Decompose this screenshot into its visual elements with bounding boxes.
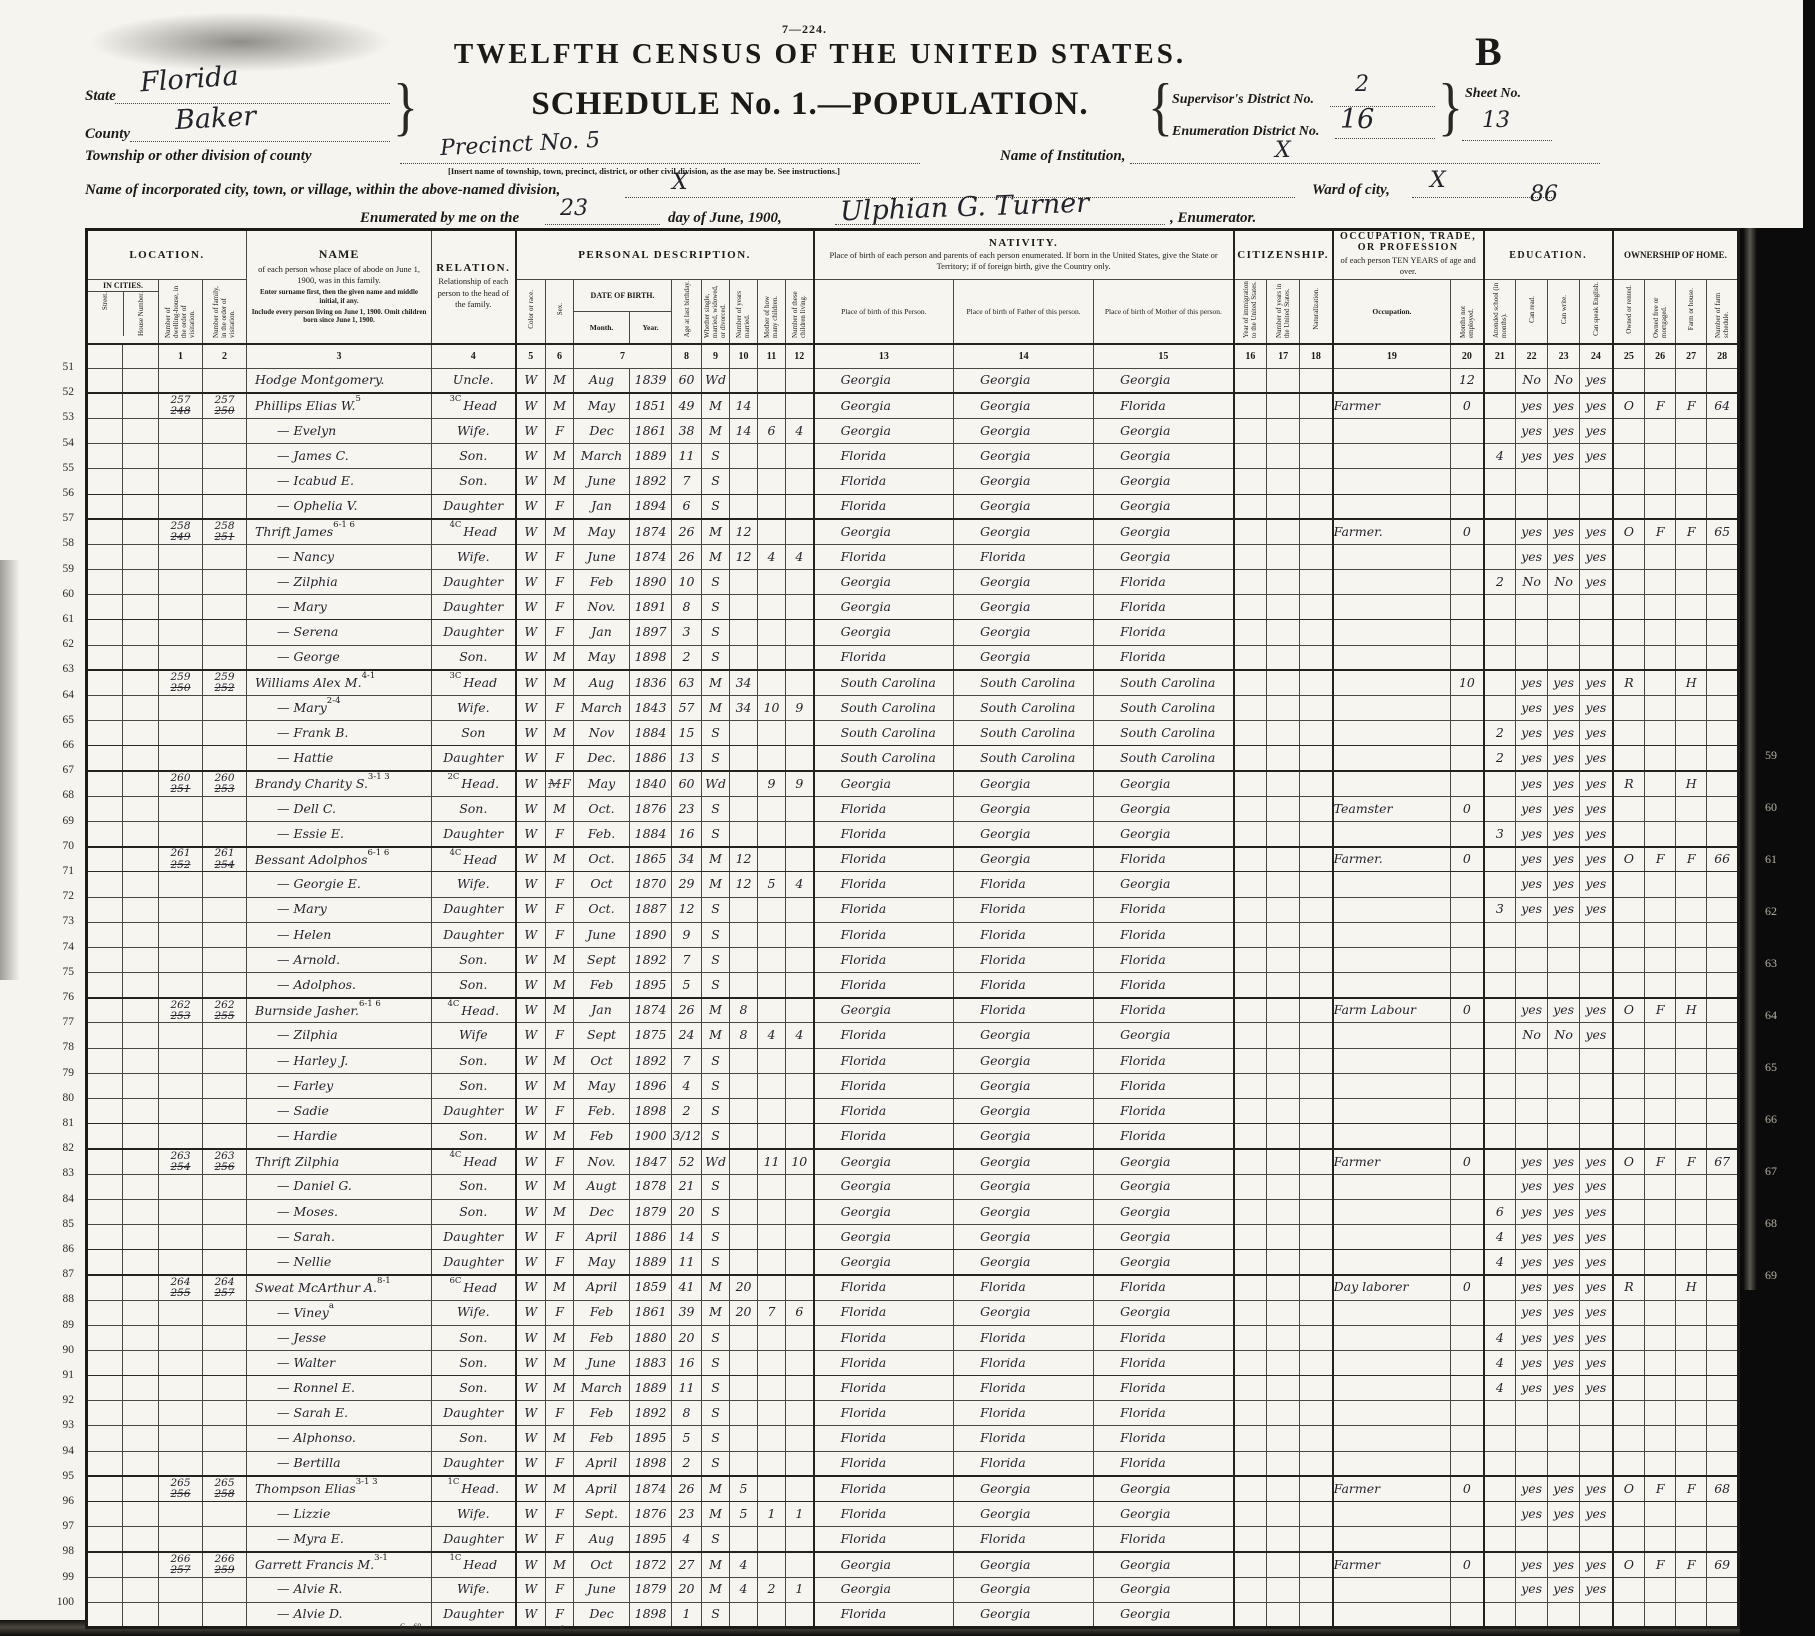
cell-d1 xyxy=(159,1048,203,1073)
cell-pf: Florida xyxy=(954,947,1094,972)
cell-nat xyxy=(1300,1577,1333,1602)
cell-liv: 4 xyxy=(786,418,814,443)
cell-ym: 8 xyxy=(730,1023,758,1048)
gutter-row-number: 98 xyxy=(18,1545,74,1557)
cell-pm: South Carolina xyxy=(1094,670,1234,695)
cell-pb: Georgia xyxy=(814,1250,954,1275)
cell-y: 1895 xyxy=(630,1527,672,1552)
cell-fs xyxy=(1707,998,1739,1023)
cell-fm xyxy=(1645,696,1676,721)
cell-s: M xyxy=(546,721,574,746)
cell-d1 xyxy=(159,1602,203,1627)
table-row: — Ronnel E.Son.WMMarch188911SFloridaFlor… xyxy=(87,1376,1739,1401)
cell-pf: Georgia xyxy=(954,796,1094,821)
table-row: — FarleySon.WMMay18964SFloridaGeorgiaFlo… xyxy=(87,1073,1739,1098)
cell-liv xyxy=(786,620,814,645)
cell-d1 xyxy=(159,872,203,897)
cell-y: 1874 xyxy=(630,544,672,569)
cell-ym: 34 xyxy=(730,670,758,695)
cell-ym xyxy=(730,1426,758,1451)
cell-imm xyxy=(1234,1376,1267,1401)
cell-en xyxy=(1580,1527,1613,1552)
cell-rd: yes xyxy=(1516,696,1548,721)
cell-y: 1889 xyxy=(630,1250,672,1275)
gutter-row-number: 99 xyxy=(18,1571,74,1583)
gutter-row-number: 74 xyxy=(18,941,74,953)
cell-blank xyxy=(123,368,159,393)
cell-d1 xyxy=(159,1376,203,1401)
cell-own xyxy=(1613,1099,1645,1124)
page-letter: B xyxy=(1475,28,1502,75)
cell-rel: Son. xyxy=(432,1174,516,1199)
cell-en: yes xyxy=(1580,998,1613,1023)
cell-d2 xyxy=(203,444,247,469)
cell-moc xyxy=(758,1199,786,1224)
cell-blank xyxy=(123,947,159,972)
cell-occ xyxy=(1333,469,1451,494)
cell-moc xyxy=(758,1099,786,1124)
cell-rel: 3CHead xyxy=(432,670,516,695)
cell-fs xyxy=(1707,897,1739,922)
gutter-row-number: 62 xyxy=(18,638,74,650)
census-title: TWELFTH CENSUS OF THE UNITED STATES. xyxy=(0,38,1640,71)
cell-s: M xyxy=(546,1124,574,1149)
cell-rel: Son. xyxy=(432,1350,516,1375)
cell-y: 1876 xyxy=(630,796,672,821)
cell-yus xyxy=(1267,1502,1300,1527)
cell-mne xyxy=(1451,1250,1484,1275)
cell-sch xyxy=(1484,1426,1516,1451)
cell-sch xyxy=(1484,1099,1516,1124)
cell-mar: M xyxy=(702,872,730,897)
cell-blank xyxy=(87,696,123,721)
cell-nat xyxy=(1300,922,1333,947)
col-pob-person: Place of birth of this Person. xyxy=(814,280,954,345)
cell-blank xyxy=(87,1023,123,1048)
cell-en: yes xyxy=(1580,1502,1613,1527)
cell-rel: Son. xyxy=(432,1048,516,1073)
cell-m: May xyxy=(574,645,630,670)
cell-y: 1870 xyxy=(630,872,672,897)
cell-mar: Wd xyxy=(702,771,730,796)
cell-yus xyxy=(1267,494,1300,519)
gutter-row-number: 57 xyxy=(18,512,74,524)
cell-mne: 0 xyxy=(1451,519,1484,544)
cell-y: 1840 xyxy=(630,771,672,796)
cell-m: Oct. xyxy=(574,847,630,872)
cell-ym xyxy=(730,1048,758,1073)
cell-pf: Georgia xyxy=(954,1124,1094,1149)
cell-blank xyxy=(123,595,159,620)
cell-pm: Florida xyxy=(1094,1124,1234,1149)
cell-rd: yes xyxy=(1516,821,1548,846)
cell-moc xyxy=(758,670,786,695)
cell-yus xyxy=(1267,947,1300,972)
cell-blank xyxy=(87,1552,123,1577)
cell-mar: M xyxy=(702,847,730,872)
cell-d1 xyxy=(159,897,203,922)
cell-y: 1898 xyxy=(630,1451,672,1476)
cell-liv xyxy=(786,1124,814,1149)
cell-blank xyxy=(123,1552,159,1577)
cell-mne xyxy=(1451,973,1484,998)
cell-ym xyxy=(730,1073,758,1098)
section-citizenship: CITIZENSHIP. xyxy=(1234,230,1333,280)
cell-blank xyxy=(123,922,159,947)
cell-pb: Georgia xyxy=(814,998,954,1023)
cell-m: Oct. xyxy=(574,796,630,821)
cell-wr: yes xyxy=(1548,771,1580,796)
cell-name: — Ophelia V. xyxy=(247,494,432,519)
cell-fs xyxy=(1707,469,1739,494)
cell-blank xyxy=(87,1401,123,1426)
cell-pb: Florida xyxy=(814,1476,954,1501)
cell-fm xyxy=(1645,872,1676,897)
cell-fm xyxy=(1645,444,1676,469)
cell-c: W xyxy=(516,595,546,620)
cell-liv xyxy=(786,1099,814,1124)
cell-name: — Nellie xyxy=(247,1250,432,1275)
cell-en: yes xyxy=(1580,1350,1613,1375)
cell-nat xyxy=(1300,570,1333,595)
gutter-row-number: 64 xyxy=(18,689,74,701)
cell-ym: 5 xyxy=(730,1502,758,1527)
cell-rel: Wife. xyxy=(432,1577,516,1602)
cell-wr: yes xyxy=(1548,847,1580,872)
cell-c: W xyxy=(516,1426,546,1451)
col-number-26: 26 xyxy=(1645,344,1676,368)
margin-row-number: 69 xyxy=(1765,1268,1777,1283)
cell-pm: South Carolina xyxy=(1094,696,1234,721)
cell-d2 xyxy=(203,1602,247,1627)
cell-fs xyxy=(1707,1426,1739,1451)
cell-fm xyxy=(1645,973,1676,998)
cell-ym: 4 xyxy=(730,1577,758,1602)
cell-y: 1874 xyxy=(630,998,672,1023)
cell-yus xyxy=(1267,418,1300,443)
cell-occ: Farmer xyxy=(1333,1552,1451,1577)
table-row: Hodge Montgomery.Uncle.WMAug183960WdGeor… xyxy=(87,368,1739,393)
cell-sch: 2 xyxy=(1484,721,1516,746)
cell-blank xyxy=(123,1325,159,1350)
cell-fs xyxy=(1707,1401,1739,1426)
cell-fm xyxy=(1645,368,1676,393)
cell-fm xyxy=(1645,1502,1676,1527)
cell-pf: Georgia xyxy=(954,595,1094,620)
cell-sch xyxy=(1484,922,1516,947)
cell-imm xyxy=(1234,670,1267,695)
cell-blank xyxy=(123,519,159,544)
col-children-living: Number of these children living. xyxy=(786,280,814,345)
cell-pm: Florida xyxy=(1094,1527,1234,1552)
cell-fs xyxy=(1707,645,1739,670)
cell-name: — Mary2-4 xyxy=(247,696,432,721)
cell-nat xyxy=(1300,1476,1333,1501)
city-value: X xyxy=(672,170,688,195)
cell-y: 1890 xyxy=(630,570,672,595)
cell-blank xyxy=(87,1300,123,1325)
cell-s: M xyxy=(546,1350,574,1375)
cell-pf: Georgia xyxy=(954,368,1094,393)
cell-name: Brandy Charity S.3-1 3 xyxy=(247,771,432,796)
cell-imm xyxy=(1234,1476,1267,1501)
cell-s: M xyxy=(546,796,574,821)
cell-rd xyxy=(1516,620,1548,645)
cell-age: 26 xyxy=(672,998,702,1023)
cell-liv xyxy=(786,1073,814,1098)
cell-pm: Georgia xyxy=(1094,368,1234,393)
cell-name: — Adolphos. xyxy=(247,973,432,998)
cell-sch xyxy=(1484,1124,1516,1149)
cell-y: 1872 xyxy=(630,1552,672,1577)
cell-d2 xyxy=(203,1199,247,1224)
cell-c: W xyxy=(516,444,546,469)
cell-d2 xyxy=(203,1099,247,1124)
cell-name: — Farley xyxy=(247,1073,432,1098)
cell-liv xyxy=(786,595,814,620)
cell-yus xyxy=(1267,544,1300,569)
cell-own xyxy=(1613,494,1645,519)
cell-nat xyxy=(1300,1426,1333,1451)
cell-liv: 10 xyxy=(786,1149,814,1174)
cell-fm xyxy=(1645,746,1676,771)
cell-own xyxy=(1613,922,1645,947)
cell-pb: Florida xyxy=(814,1350,954,1375)
cell-own xyxy=(1613,1124,1645,1149)
cell-d2 xyxy=(203,1224,247,1249)
table-row: — GeorgeSon.WMMay18982SFloridaGeorgiaFlo… xyxy=(87,645,1739,670)
cell-mne xyxy=(1451,1426,1484,1451)
cell-age: 8 xyxy=(672,1401,702,1426)
cell-wr xyxy=(1548,1401,1580,1426)
cell-fh: F xyxy=(1676,393,1707,418)
cell-fm xyxy=(1645,1224,1676,1249)
cell-y: 1886 xyxy=(630,746,672,771)
cell-fs xyxy=(1707,1502,1739,1527)
cell-rd: yes xyxy=(1516,796,1548,821)
cell-fm xyxy=(1645,1300,1676,1325)
cell-moc xyxy=(758,1073,786,1098)
cell-fm: F xyxy=(1645,998,1676,1023)
cell-occ xyxy=(1333,1325,1451,1350)
cell-mar: Wd xyxy=(702,1149,730,1174)
cell-pf: Florida xyxy=(954,1527,1094,1552)
col-number-4: 4 xyxy=(432,344,516,368)
table-row: — Adolphos.Son.WMFeb18955SFloridaFlorida… xyxy=(87,973,1739,998)
cell-occ xyxy=(1333,1602,1451,1627)
cell-pf: Georgia xyxy=(954,1224,1094,1249)
cell-own xyxy=(1613,1023,1645,1048)
cell-name: — George xyxy=(247,645,432,670)
cell-fs xyxy=(1707,922,1739,947)
gutter-row-number: 75 xyxy=(18,966,74,978)
cell-mne xyxy=(1451,570,1484,595)
cell-name: — Frank B. xyxy=(247,721,432,746)
cell-fs xyxy=(1707,1224,1739,1249)
cell-wr: yes xyxy=(1548,872,1580,897)
cell-pb: Florida xyxy=(814,872,954,897)
table-row: — Ophelia V.DaughterWFJan18946SFloridaGe… xyxy=(87,494,1739,519)
cell-s: F xyxy=(546,1401,574,1426)
cell-rel: Wife xyxy=(432,1023,516,1048)
cell-rel: Wife. xyxy=(432,544,516,569)
cell-d1 xyxy=(159,444,203,469)
cell-liv: 9 xyxy=(786,771,814,796)
cell-s: F xyxy=(546,821,574,846)
cell-fh xyxy=(1676,544,1707,569)
cell-en: yes xyxy=(1580,1149,1613,1174)
cell-fh xyxy=(1676,1174,1707,1199)
cell-fm xyxy=(1645,821,1676,846)
cell-fh xyxy=(1676,1325,1707,1350)
cell-wr: yes xyxy=(1548,1300,1580,1325)
cell-sch xyxy=(1484,1552,1516,1577)
cell-imm xyxy=(1234,847,1267,872)
cell-moc: 6 xyxy=(758,418,786,443)
cell-mar: M xyxy=(702,1275,730,1300)
cell-c: W xyxy=(516,1300,546,1325)
cell-pm: Georgia xyxy=(1094,796,1234,821)
cell-wr: yes xyxy=(1548,1199,1580,1224)
cell-fs xyxy=(1707,1275,1739,1300)
cell-yus xyxy=(1267,1073,1300,1098)
cell-rel: Daughter xyxy=(432,595,516,620)
cell-pm: Georgia xyxy=(1094,1502,1234,1527)
cell-pm: Florida xyxy=(1094,570,1234,595)
gutter-row-number: 84 xyxy=(18,1193,74,1205)
cell-pf: Florida xyxy=(954,872,1094,897)
cell-wr xyxy=(1548,1451,1580,1476)
cell-ym xyxy=(730,1149,758,1174)
cell-yus xyxy=(1267,620,1300,645)
cell-own: R xyxy=(1613,1275,1645,1300)
cell-own xyxy=(1613,796,1645,821)
cell-m: Oct xyxy=(574,1048,630,1073)
cell-d1 xyxy=(159,696,203,721)
gutter-row-number: 93 xyxy=(18,1419,74,1431)
col-immigration: Year of immigration to the United States… xyxy=(1234,280,1267,345)
cell-pb: Georgia xyxy=(814,1224,954,1249)
sheet-line xyxy=(1462,140,1552,141)
cell-blank xyxy=(123,1376,159,1401)
cell-m: Nov. xyxy=(574,595,630,620)
cell-own xyxy=(1613,368,1645,393)
cell-y: 1887 xyxy=(630,897,672,922)
cell-pb: South Carolina xyxy=(814,670,954,695)
cell-fh xyxy=(1676,368,1707,393)
cell-fs xyxy=(1707,1199,1739,1224)
cell-occ xyxy=(1333,1451,1451,1476)
cell-sch xyxy=(1484,1401,1516,1426)
cell-fh xyxy=(1676,947,1707,972)
cell-c: W xyxy=(516,620,546,645)
cell-name: — Lizzie xyxy=(247,1502,432,1527)
cell-s: F xyxy=(546,872,574,897)
cell-rd: yes xyxy=(1516,872,1548,897)
cell-fm: F xyxy=(1645,1552,1676,1577)
cell-nat xyxy=(1300,368,1333,393)
cell-rd xyxy=(1516,1124,1548,1149)
cell-own xyxy=(1613,746,1645,771)
cell-age: 52 xyxy=(672,1149,702,1174)
cell-s: F xyxy=(546,922,574,947)
cell-d2 xyxy=(203,620,247,645)
cell-moc xyxy=(758,645,786,670)
cell-nat xyxy=(1300,645,1333,670)
cell-pf: Florida xyxy=(954,1451,1094,1476)
cell-age: 9 xyxy=(672,922,702,947)
cell-blank xyxy=(87,1376,123,1401)
cell-fh xyxy=(1676,922,1707,947)
cell-m: Oct xyxy=(574,1552,630,1577)
cell-pf: Florida xyxy=(954,1426,1094,1451)
cell-blank xyxy=(87,872,123,897)
cell-fs xyxy=(1707,1577,1739,1602)
cell-c: W xyxy=(516,1023,546,1048)
cell-rel: 1CHead xyxy=(432,1552,516,1577)
cell-imm xyxy=(1234,897,1267,922)
cell-fs xyxy=(1707,1073,1739,1098)
cell-fh xyxy=(1676,494,1707,519)
cell-wr xyxy=(1548,1048,1580,1073)
cell-d2 xyxy=(203,1527,247,1552)
ward-label: Ward of city, xyxy=(1312,182,1390,199)
cell-pb: Florida xyxy=(814,469,954,494)
cell-nat xyxy=(1300,1502,1333,1527)
cell-mar: S xyxy=(702,620,730,645)
cell-pf: Georgia xyxy=(954,494,1094,519)
cell-d2 xyxy=(203,368,247,393)
cell-rd: yes xyxy=(1516,1224,1548,1249)
cell-name: — Dell C. xyxy=(247,796,432,821)
cell-moc xyxy=(758,746,786,771)
cell-moc xyxy=(758,1224,786,1249)
cell-nat xyxy=(1300,393,1333,418)
col-number-8: 8 xyxy=(672,344,702,368)
cell-m: Dec xyxy=(574,1602,630,1627)
cell-fm xyxy=(1645,771,1676,796)
col-farm-house: Farm or house. xyxy=(1676,280,1707,345)
cell-own xyxy=(1613,947,1645,972)
cell-occ xyxy=(1333,1174,1451,1199)
schedule-title: SCHEDULE No. 1.—POPULATION. xyxy=(430,86,1190,123)
cell-c: W xyxy=(516,1527,546,1552)
cell-c: W xyxy=(516,670,546,695)
cell-s: M xyxy=(546,947,574,972)
cell-name: Garrett Francis M.3-1 xyxy=(247,1552,432,1577)
cell-blank xyxy=(87,1275,123,1300)
cell-rd: yes xyxy=(1516,1174,1548,1199)
cell-liv xyxy=(786,1401,814,1426)
cell-occ xyxy=(1333,670,1451,695)
cell-yus xyxy=(1267,1174,1300,1199)
cell-c: W xyxy=(516,1224,546,1249)
cell-name: Burnside Jasher.6-1 6 xyxy=(247,998,432,1023)
table-row: — Arnold.Son.WMSept18927SFloridaFloridaF… xyxy=(87,947,1739,972)
cell-blank xyxy=(123,998,159,1023)
table-row: 260251260253Brandy Charity S.3-1 32CHead… xyxy=(87,771,1739,796)
cell-s: F xyxy=(546,696,574,721)
cell-wr: yes xyxy=(1548,418,1580,443)
cell-ym: 12 xyxy=(730,544,758,569)
cell-ym: 12 xyxy=(730,519,758,544)
cell-mar: S xyxy=(702,897,730,922)
cell-wr xyxy=(1548,620,1580,645)
gutter-row-number: 96 xyxy=(18,1495,74,1507)
cell-own: O xyxy=(1613,998,1645,1023)
cell-blank xyxy=(123,418,159,443)
nativity-desc: Place of birth of each person and parent… xyxy=(819,250,1229,272)
